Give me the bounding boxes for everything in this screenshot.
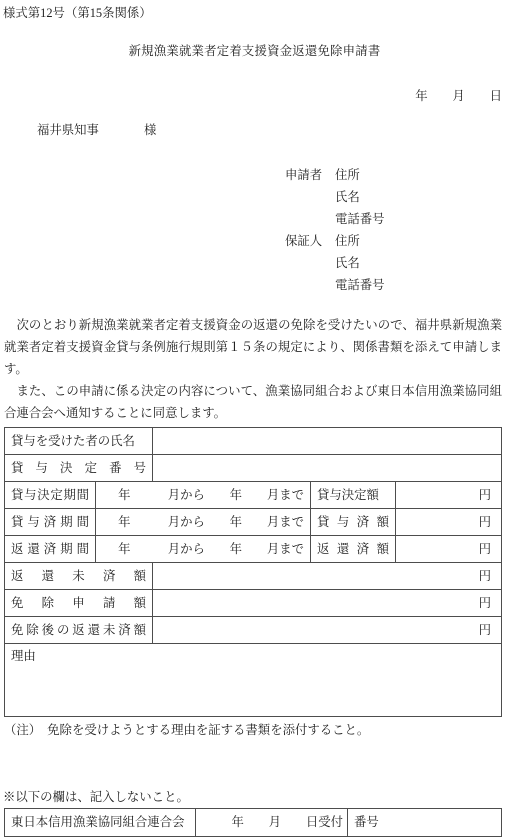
yen-unit-label: 円 [479,623,491,637]
loaned-period-row: 貸与済期間 年 月から 年 月まで 貸与済額 円 [5,508,501,535]
borrower-name-value-cell[interactable] [152,428,501,454]
reason-cell[interactable]: 理由 [5,643,501,716]
no-entry-instruction: ※以下の欄は、記入しないこと。 [3,787,189,805]
body-line: 次のとおり新規漁業就業者定着支援資金の返還の免除を受けたいので、福井県新規漁業 [4,314,502,336]
body-line: す。 [4,358,502,380]
applicant-address-label: 住所 [335,164,385,186]
loan-decision-period-row: 貸与決定期間 年 月から 年 月まで 貸与決定額 円 [5,481,501,508]
addressee-name: 福井県知事 [37,123,99,137]
loan-decision-amount-cell[interactable]: 円 [395,482,501,508]
loaned-amount-label: 貸与済額 [310,509,395,535]
yen-unit-label: 円 [479,488,491,502]
application-table: 貸与を受けた者の氏名 貸与決定番号 貸与決定期間 年 月から 年 月まで 貸与決… [4,427,502,717]
yen-unit-label: 円 [479,542,491,556]
addressee-honorific: 様 [144,123,156,137]
unrepaid-amount-row: 返還未済額 円 [5,562,501,589]
loaned-period-cell[interactable]: 年 月から 年 月まで [95,509,310,535]
exemption-request-amount-label: 免除申請額 [5,590,152,616]
loan-decision-period-cell[interactable]: 年 月から 年 月まで [95,482,310,508]
unrepaid-amount-label: 返還未済額 [5,563,152,589]
guarantor-phone-label: 電話番号 [335,274,385,296]
repaid-period-label: 返還済期間 [5,536,95,562]
exemption-request-amount-row: 免除申請額 円 [5,589,501,616]
post-exemption-unrepaid-label: 免除後の返還未済額 [5,617,152,643]
yen-unit-label: 円 [479,569,491,583]
receipt-org-cell: 東日本信用漁業協同組合連合会 [5,809,195,836]
loan-decision-number-row: 貸与決定番号 [5,454,501,481]
body-line: 合連合会へ通知することに同意します。 [4,402,502,424]
loan-decision-number-value-cell[interactable] [152,455,501,481]
body-paragraphs: 次のとおり新規漁業就業者定着支援資金の返還の免除を受けたいので、福井県新規漁業 … [4,314,502,424]
loan-decision-number-label: 貸与決定番号 [5,455,152,481]
note-label: （注） [4,720,41,738]
loan-decision-amount-label: 貸与決定額 [310,482,395,508]
repaid-period-cell[interactable]: 年 月から 年 月まで [95,536,310,562]
borrower-name-label: 貸与を受けた者の氏名 [5,428,152,454]
date-fill-line: 年 月 日 [4,86,502,104]
guarantor-address-label: 住所 [335,230,385,252]
guarantor-fields: 住所 氏名 電話番号 [335,230,385,296]
loan-decision-period-label: 貸与決定期間 [5,482,95,508]
repaid-amount-label: 返還済額 [310,536,395,562]
guarantor-role-label: 保証人 [285,230,335,296]
receipt-number-label: 番号 [354,815,379,829]
guarantor-name-label: 氏名 [335,252,385,274]
receipt-table: 東日本信用漁業協同組合連合会 年 月 日受付 番号 [4,808,502,837]
receipt-number-cell[interactable]: 番号 [347,809,501,836]
post-exemption-unrepaid-row: 免除後の返還未済額 円 [5,616,501,643]
body-line: 就業者定着支援資金貸与条例施行規則第１５条の規定により、関係書類を添えて申請しま [4,336,502,358]
form-number: 様式第12号（第15条関係） [3,3,152,21]
applicant-role-label: 申請者 [285,164,335,230]
post-exemption-unrepaid-cell[interactable]: 円 [152,617,501,643]
form-page: 様式第12号（第15条関係） 新規漁業就業者定着支援資金返還免除申請書 年 月 … [0,0,509,839]
body-line: また、この申請に係る決定の内容について、漁業協同組合および東日本信用漁業協同組 [4,380,502,402]
note-text: 免除を受けようとする理由を証する書類を添付すること。 [47,720,369,738]
repaid-amount-cell[interactable]: 円 [395,536,501,562]
parties-block: 申請者 住所 氏名 電話番号 保証人 住所 氏名 電話番号 [285,164,385,296]
exemption-request-amount-cell[interactable]: 円 [152,590,501,616]
borrower-name-row: 貸与を受けた者の氏名 [5,428,501,454]
applicant-block: 申請者 住所 氏名 電話番号 [285,164,385,230]
loaned-period-label: 貸与済期間 [5,509,95,535]
yen-unit-label: 円 [479,596,491,610]
guarantor-block: 保証人 住所 氏名 電話番号 [285,230,385,296]
applicant-name-label: 氏名 [335,186,385,208]
loaned-amount-cell[interactable]: 円 [395,509,501,535]
reason-label: 理由 [11,649,36,663]
applicant-fields: 住所 氏名 電話番号 [335,164,385,230]
applicant-phone-label: 電話番号 [335,208,385,230]
note-line: （注） 免除を受けようとする理由を証する書類を添付すること。 [4,720,369,738]
page-title: 新規漁業就業者定着支援資金返還免除申請書 [0,41,509,59]
receipt-date-cell[interactable]: 年 月 日受付 [195,809,347,836]
yen-unit-label: 円 [479,515,491,529]
repaid-period-row: 返還済期間 年 月から 年 月まで 返還済額 円 [5,535,501,562]
addressee-line: 福井県知事様 [37,120,156,138]
unrepaid-amount-cell[interactable]: 円 [152,563,501,589]
